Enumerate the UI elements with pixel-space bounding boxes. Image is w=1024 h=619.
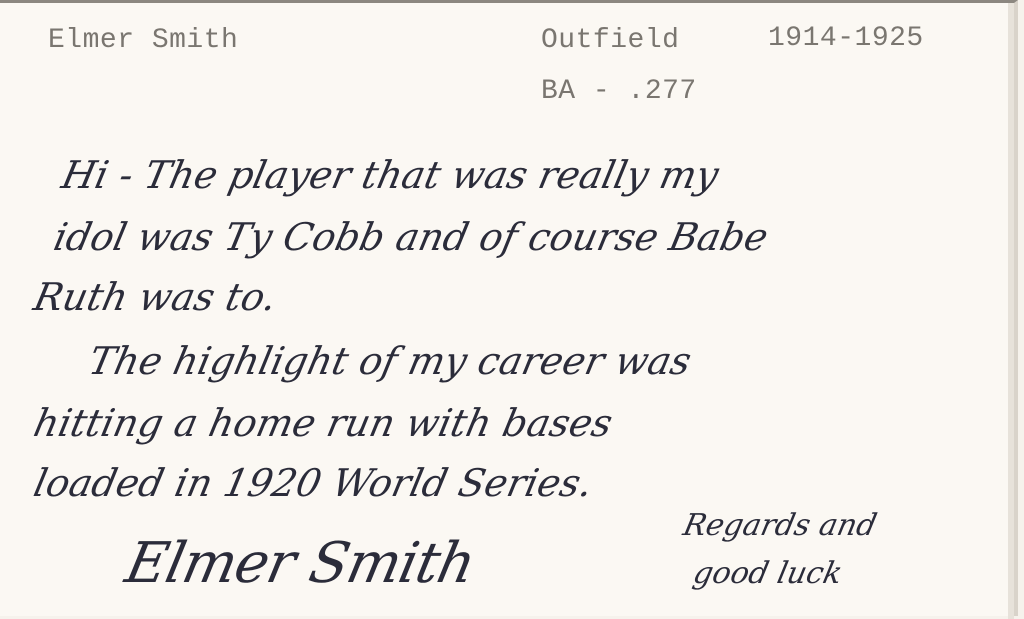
typed-batting-average: BA - .277 [541, 76, 697, 107]
closing-line-2: good luck [690, 556, 845, 591]
message-line-1: Hi - The player that was really my [58, 153, 723, 197]
message-line-5: hitting a home run with bases [30, 401, 616, 445]
closing-line-1: Regards and [680, 508, 880, 543]
message-line-3: Ruth was to. [30, 275, 281, 319]
message-line-6: loaded in 1920 World Series. [30, 461, 597, 505]
typed-position: Outfield [541, 25, 679, 56]
card-edge [1008, 3, 1014, 616]
autograph-signature: Elmer Smith [120, 531, 480, 596]
typed-player-name: Elmer Smith [48, 25, 238, 56]
index-card: Elmer Smith Outfield 1914-1925 BA - .277… [0, 0, 1018, 616]
typed-years: 1914-1925 [768, 23, 924, 54]
message-line-4: The highlight of my career was [85, 339, 695, 383]
message-line-2: idol was Ty Cobb and of course Babe [50, 215, 772, 259]
